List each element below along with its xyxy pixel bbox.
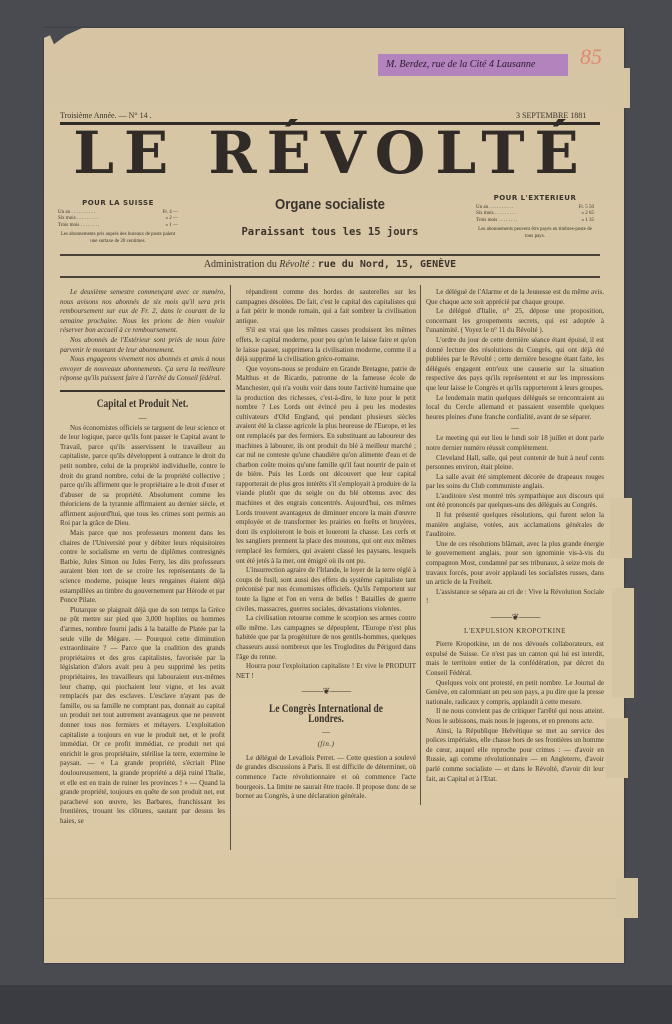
article-paragraph: Ainsi, la République Helvétique se met a… bbox=[426, 727, 604, 785]
article-title: Capital et Produit Net. bbox=[75, 400, 210, 410]
subscription-box-suisse: POUR LA SUISSE Un an . . . . . . . . . .… bbox=[58, 200, 178, 245]
article-paragraph: Il ne nous convient pas de critiquer l'a… bbox=[426, 707, 604, 726]
section-dash: — bbox=[426, 424, 604, 432]
notice-paragraph: Nous engageons vivement nos abonnés et a… bbox=[60, 355, 225, 384]
article-paragraph: Plutarque se plaignait déjà que de son t… bbox=[60, 606, 225, 827]
ornament-divider: ⸻❦⸻ bbox=[426, 613, 604, 623]
admin-address: rue du Nord, 15, GENÈVE bbox=[318, 259, 456, 270]
article-paragraph: Que voyons-nous se produire en Grande Br… bbox=[236, 365, 416, 566]
torn-corner bbox=[42, 28, 82, 46]
meeting-paragraph: Il fut présenté quelques résolutions, qu… bbox=[426, 511, 604, 540]
newspaper-title: LE RÉVOLTÉ bbox=[66, 118, 596, 188]
article-paragraph: répandirent comme des hordes de sauterel… bbox=[236, 288, 416, 326]
column-1: Le deuxième semestre commençant avec ce … bbox=[60, 288, 225, 826]
article-paragraph: Mais parce que nos professeurs montent d… bbox=[60, 529, 225, 606]
column-divider bbox=[230, 285, 231, 850]
article-paragraph: L'ordre du jour de cette dernière séance… bbox=[426, 336, 604, 394]
ornament-divider: ⸻❦⸻ bbox=[236, 687, 416, 697]
price-row: Trois mois . . . . . . . .» 1 — bbox=[58, 223, 178, 230]
article-paragraph: Nos économistes officiels se targuent de… bbox=[60, 424, 225, 530]
price-row: Trois mois . . . . . . . .» 1 35 bbox=[476, 218, 594, 225]
torn-edge bbox=[610, 498, 632, 558]
article-paragraph: S'il est vrai que les mêmes causes produ… bbox=[236, 326, 416, 364]
title-dash: — bbox=[60, 414, 225, 422]
article-paragraph: Pierre Kropotkine, un de nos dévoués col… bbox=[426, 640, 604, 678]
torn-edge bbox=[616, 878, 638, 918]
section-rule bbox=[60, 390, 225, 392]
pencil-annotation: 85 bbox=[580, 44, 602, 70]
article-paragraph: Le délégué de Levallois Perret. — Cette … bbox=[236, 754, 416, 802]
torn-edge bbox=[612, 588, 634, 698]
meeting-paragraph: Cleveland Hall, salle, qui peut contenir… bbox=[426, 454, 604, 473]
article-paragraph: L'insurrection agraire de l'Irlande, le … bbox=[236, 566, 416, 614]
article-paragraph: Le lendemain matin quelques délégués se … bbox=[426, 394, 604, 423]
notice-paragraph: Le deuxième semestre commençant avec ce … bbox=[60, 288, 225, 336]
meeting-paragraph: La salle avait été simplement décorée de… bbox=[426, 473, 604, 492]
subscription-title: POUR L'EXTERIEUR bbox=[476, 195, 594, 202]
torn-edge bbox=[608, 68, 630, 108]
scan-background bbox=[0, 985, 672, 1024]
column-2: répandirent comme des hordes de sauterel… bbox=[236, 288, 416, 802]
subscription-box-exterieur: POUR L'EXTERIEUR Un an . . . . . . . . .… bbox=[476, 195, 594, 240]
fin-label: (fin.) bbox=[236, 740, 416, 750]
article-paragraph: Le délégué de l'Alarme et de la Jeunesse… bbox=[426, 288, 604, 307]
meeting-paragraph: L'assistance se sépara au cri de : Vive … bbox=[426, 588, 604, 607]
meeting-paragraph: L'auditoire s'est montré très sympathiqu… bbox=[426, 492, 604, 511]
title-dash: — bbox=[236, 728, 416, 736]
administration-line: Administration du Révolté : rue du Nord,… bbox=[60, 259, 600, 270]
admin-rule-bottom bbox=[60, 276, 600, 278]
notice-paragraph: Nos abonnés de l'Extérieur sont priés de… bbox=[60, 336, 225, 355]
article-paragraph: Le délégué d'Italie, n° 25, dépose une p… bbox=[426, 307, 604, 336]
article-title: Le Congrès International de Londres. bbox=[252, 705, 400, 724]
admin-rule-top bbox=[60, 254, 600, 256]
torn-edge bbox=[606, 718, 628, 778]
meeting-paragraph: Une de ces résolutions blâmait, avec la … bbox=[426, 540, 604, 588]
meeting-paragraph: Le meeting qui eut lieu le lundi soir 18… bbox=[426, 434, 604, 453]
article-paragraph: Quelques voix ont protesté, en petit nom… bbox=[426, 679, 604, 708]
column-3: Le délégué de l'Alarme et de la Jeunesse… bbox=[426, 288, 604, 784]
periodicity: Paraissant tous les 15 jours bbox=[220, 226, 440, 238]
subscription-note: Les abonnements peuvent être payés en ti… bbox=[476, 227, 594, 240]
subscription-title: POUR LA SUISSE bbox=[58, 200, 178, 207]
column-divider bbox=[420, 285, 421, 805]
article-paragraph: Hourra pour l'exploitation capitaliste !… bbox=[236, 662, 416, 681]
library-address-label: M. Berdez, rue de la Cité 4 Lausanne bbox=[378, 54, 568, 76]
article-paragraph: La civilisation retourne comme le scorpi… bbox=[236, 614, 416, 662]
newspaper-subtitle: Organe socialiste bbox=[242, 196, 418, 213]
paper-fold bbox=[44, 898, 624, 899]
section-title: L'EXPULSION KROPOTKINE bbox=[426, 627, 604, 637]
subscription-note: Les abonnements pris auprès des bureaux … bbox=[58, 232, 178, 245]
